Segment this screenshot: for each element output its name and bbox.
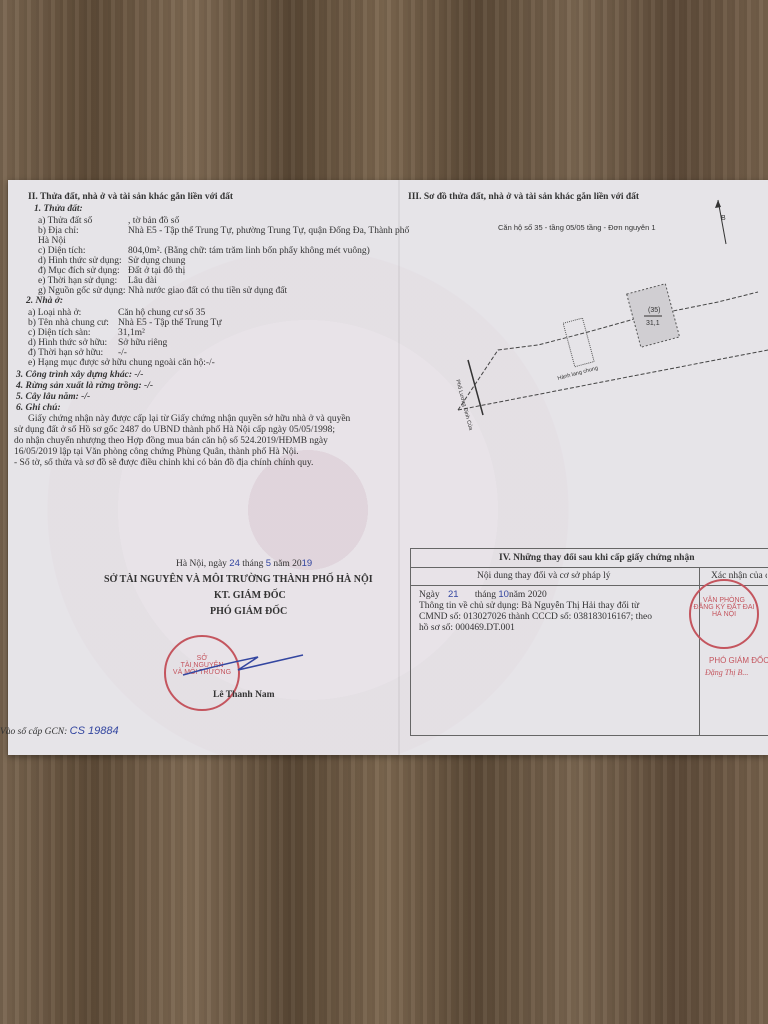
confirm-title: PHÓ GIÁM ĐỐC [709, 655, 768, 666]
certificate-document: II. Thửa đất, nhà ở và tài sản khác gắn … [8, 180, 768, 755]
section-ii-title: II. Thửa đất, nhà ở và tài sản khác gắn … [28, 192, 233, 203]
page-fold [398, 180, 400, 755]
signer-name: Lê Thanh Nam [213, 690, 275, 701]
issue-date: Hà Nội, ngày 24 tháng 5 năm 2019 [176, 558, 312, 570]
note-line: 16/05/2019 lập tại Văn phòng công chứng … [14, 447, 299, 458]
section-iii-title: III. Sơ đồ thửa đất, nhà ở và tài sản kh… [408, 192, 639, 203]
floor-plan-diagram: (35) 31,1 Phố Lương Định Của Hành lang c… [438, 260, 768, 440]
change-line: CMND số: 013027026 thành CCCD số: 038183… [419, 612, 652, 623]
svg-text:Phố Lương Định Của: Phố Lương Định Của [454, 379, 475, 432]
registration-office-stamp: VĂN PHÒNG ĐĂNG KÝ ĐẤT ĐAI HÀ NỘI [689, 579, 759, 649]
svg-text:B: B [721, 215, 726, 222]
changes-table: IV. Những thay đổi sau khi cấp giấy chứn… [410, 548, 768, 736]
kt-director: KT. GIÁM ĐỐC [214, 590, 286, 601]
signature-icon [178, 645, 308, 685]
deputy-director: PHÓ GIÁM ĐỐC [210, 606, 287, 617]
issuing-authority: SỞ TÀI NGUYÊN VÀ MÔI TRƯỜNG THÀNH PHỐ HÀ… [104, 574, 373, 585]
land-row: b) Địa chỉ:Nhà E5 - Tập thể Trung Tự, ph… [38, 226, 409, 237]
registry-number: Vào sổ cấp GCN: CS 19884 [0, 726, 119, 738]
land-heading: 1. Thửa đất: [34, 204, 83, 215]
note-line: Giấy chứng nhận này được cấp lại từ Giấy… [28, 414, 350, 425]
change-line: Thông tin về chủ sử dụng: Bà Nguyễn Thị … [419, 601, 639, 612]
change-line: hồ sơ số: 000469.DT.001 [419, 623, 515, 634]
svg-text:31,1: 31,1 [646, 320, 660, 327]
change-date: Ngày 21 tháng 10năm 2020 [419, 589, 547, 601]
north-arrow-icon: B [708, 198, 738, 248]
house-heading: 2. Nhà ở: [26, 296, 63, 307]
note-line: sử dụng đất ở số Hồ sơ gốc 2487 do UBND … [14, 425, 335, 436]
note-line: do nhận chuyển nhượng theo Hợp đồng mua … [14, 436, 328, 447]
land-row: g) Nguồn gốc sử dụng:Nhà nước giao đất c… [38, 286, 287, 297]
changes-title: IV. Những thay đổi sau khi cấp giấy chứn… [499, 553, 695, 564]
note-line: - Số tờ, số thửa và sơ đồ sẽ được điều c… [14, 458, 313, 469]
other-item: 5. Cây lâu năm: -/- [16, 392, 90, 403]
house-row: e) Hạng mục được sở hữu chung ngoài căn … [28, 358, 215, 369]
confirm-signer: Đặng Thị B... [705, 667, 748, 678]
other-item: 3. Công trình xây dựng khác: -/- [16, 370, 143, 381]
svg-text:(35): (35) [648, 307, 660, 314]
col-content-header: Nội dung thay đổi và cơ sở pháp lý [477, 571, 611, 582]
svg-text:Hành lang chung: Hành lang chung [557, 365, 599, 382]
other-item: 4. Rừng sản xuất là rừng trồng: -/- [16, 381, 153, 392]
other-item: 6. Ghi chú: [16, 403, 61, 414]
plan-caption: Căn hộ số 35 - tầng 05/05 tầng - Đơn ngu… [498, 222, 656, 233]
